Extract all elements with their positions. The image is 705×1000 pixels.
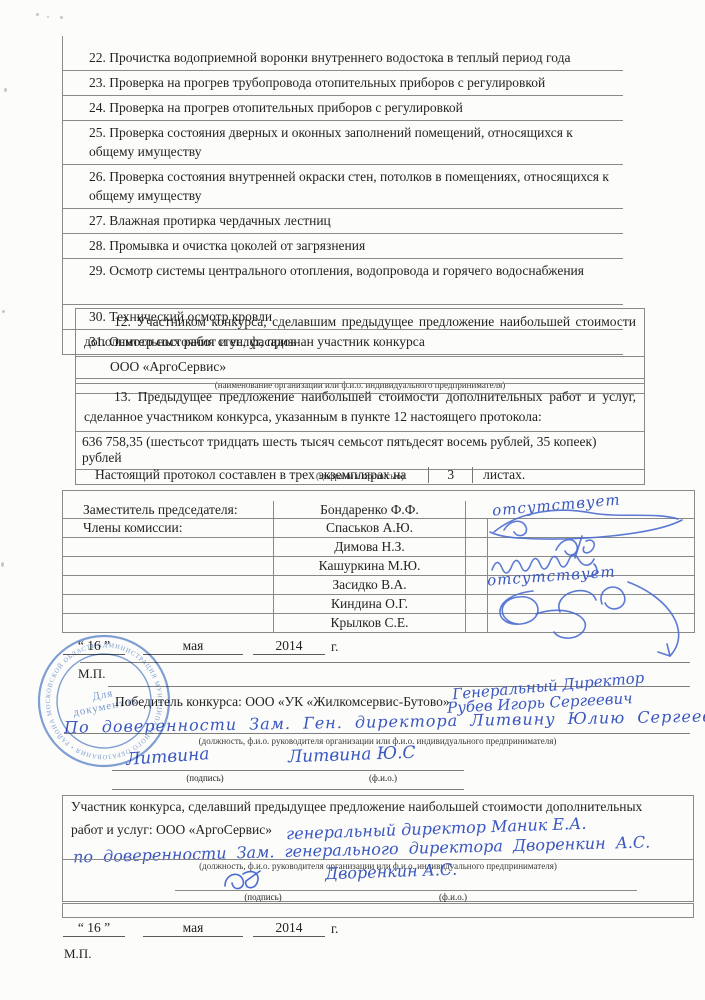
scan-speck [1, 562, 4, 567]
winner-organization-name: ООО «АргоСервис» [76, 356, 644, 378]
gap-cell [466, 519, 488, 537]
participant-text: работ и услуг: ООО «АргоСервис» [71, 822, 272, 838]
gap-cell [466, 576, 488, 594]
fio-caption: (ф.и.о.) [378, 892, 528, 902]
commission-role: Члены комиссии: [63, 519, 274, 537]
underline [175, 890, 637, 891]
commission-member-name: Киндина О.Г. [274, 595, 466, 613]
commission-member-name: Кашуркина М.Ю. [274, 557, 466, 575]
handwritten-signature [213, 864, 293, 892]
checklist-item: 24. Проверка на прогрев отопительных при… [63, 96, 623, 121]
date-month: мая [143, 920, 243, 937]
underline [112, 789, 464, 790]
gap-cell [466, 614, 488, 632]
date-era: г. [331, 921, 338, 937]
copies-prefix: Настоящий протокол составлен в трех экзе… [95, 467, 406, 483]
empty-row [62, 903, 694, 918]
commission-table: Заместитель председателя: Бондаренко Ф.Ф… [62, 490, 695, 633]
signature-caption: (подпись) [198, 892, 328, 902]
gap-cell [466, 595, 488, 613]
commission-role [63, 557, 274, 575]
scan-speck [60, 16, 63, 19]
checklist-item: 28. Промывка и очистка цоколей от загряз… [63, 234, 623, 259]
scan-speck [47, 16, 49, 18]
clause-12-box: 12. Участником конкурса, сделавшим преды… [75, 308, 645, 394]
commission-role: Заместитель председателя: [63, 501, 274, 518]
signature-caption: (подпись) [140, 773, 270, 783]
commission-role [63, 595, 274, 613]
bid-amount: 636 758,35 (шестьсот тридцать шесть тыся… [76, 431, 644, 469]
signature-cell [488, 614, 694, 632]
handwritten-fio: Литвина Ю.С [288, 743, 416, 767]
commission-member-name: Спаськов А.Ю. [274, 519, 466, 537]
copies-statement: Настоящий протокол составлен в трех экзе… [95, 467, 525, 483]
gap-cell [466, 538, 488, 556]
commission-member-name: Засидко В.А. [274, 576, 466, 594]
signature-cell [488, 538, 694, 556]
date-era: г. [331, 639, 338, 655]
handwritten-fio: Дворенкин А.С. [325, 860, 458, 884]
scan-speck [36, 13, 39, 16]
scanned-protocol-page: 22. Прочистка водоприемной воронки внутр… [0, 0, 705, 1000]
date-line: “ 16 ” мая 2014 г. [63, 920, 338, 937]
copies-suffix: листах. [483, 467, 525, 483]
checklist-item: 26. Проверка состояния внутренней окраск… [63, 165, 623, 209]
sheet-count: 3 [428, 467, 473, 483]
scan-speck [2, 310, 5, 313]
commission-role [63, 538, 274, 556]
commission-role [63, 576, 274, 594]
signature-cell [488, 519, 694, 537]
date-year: 2014 [253, 638, 325, 655]
table-row: Киндина О.Г. [63, 595, 694, 614]
table-row: Члены комиссии: Спаськов А.Ю. [63, 519, 694, 538]
scan-speck [4, 88, 7, 92]
divider-line [80, 662, 690, 663]
commission-member-name: Бондаренко Ф.Ф. [274, 501, 466, 518]
stamp-center-text: Для документов [24, 621, 183, 780]
checklist-item: 22. Прочистка водоприемной воронки внутр… [63, 36, 623, 71]
fio-caption: (ф.и.о.) [318, 773, 448, 783]
round-stamp: АДМИНИСТРАЦИЯ МУНИЦИПАЛЬНОГО ОБРАЗОВАНИЯ… [28, 625, 180, 777]
clause-13-text: 13. Предыдущее предложение наибольшей ст… [76, 384, 644, 431]
table-row: Димова Н.З. [63, 538, 694, 557]
checklist-item: 25. Проверка состояния дверных и оконных… [63, 121, 623, 165]
participant-box: Участник конкурса, сделавший предыдущее … [62, 795, 694, 902]
underline [112, 770, 464, 771]
seal-place-label: М.П. [64, 946, 91, 962]
clause-12-text: 12. Участником конкурса, сделавшим преды… [76, 309, 644, 356]
date-day: “ 16 ” [63, 920, 125, 937]
participant-text: Участник конкурса, сделавший предыдущее … [71, 799, 687, 815]
checklist-item: 23. Проверка на прогрев трубопровода ото… [63, 71, 623, 96]
checklist-item: 27. Влажная протирка чердачных лестниц [63, 209, 623, 234]
date-year: 2014 [253, 920, 325, 937]
signature-cell [488, 595, 694, 613]
gap-cell [466, 557, 488, 575]
commission-role [63, 614, 274, 632]
commission-member-name: Димова Н.З. [274, 538, 466, 556]
commission-member-name: Крылков С.Е. [274, 614, 466, 632]
checklist-item: 29. Осмотр системы центрального отоплени… [63, 259, 623, 305]
